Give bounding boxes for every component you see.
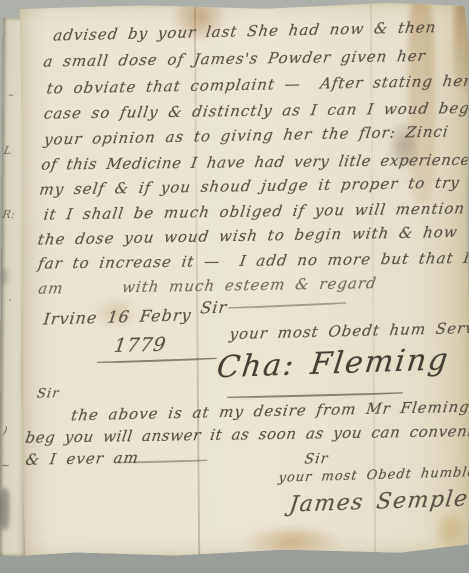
salutation-swash bbox=[228, 302, 346, 309]
margin-ink-fragment: – bbox=[8, 90, 15, 100]
closing-salutation: Sir bbox=[199, 298, 228, 318]
dateline-year: 1779 bbox=[113, 334, 168, 357]
letter-line: my self & if you shoud judge it proper t… bbox=[38, 174, 461, 199]
letter-page: advised by your last She had now & then … bbox=[18, 1, 469, 558]
margin-ink-fragment: ) bbox=[2, 426, 8, 436]
margin-ink-fragment: R: bbox=[2, 210, 15, 220]
ps-salutation: Sir bbox=[36, 386, 60, 401]
photograph-of-letter: – L R: · ) ~ advised by your last She ha… bbox=[0, 0, 469, 573]
margin-ink-fragment: L bbox=[3, 146, 12, 156]
closing-valediction: your most Obedt hum Servt bbox=[228, 319, 469, 343]
letter-line: to obviate that complaint — After statin… bbox=[46, 72, 469, 98]
dateline-place-date: Irvine 16 Febry bbox=[42, 305, 192, 328]
letter-line: it I shall be much obliged if you will m… bbox=[43, 199, 467, 223]
signature-fleming: Cha: Fleming bbox=[215, 342, 452, 385]
letter-line: the dose you woud wish to begin with & h… bbox=[37, 223, 459, 249]
ps-line: & I ever am bbox=[24, 449, 140, 469]
signature-underline-flourish bbox=[227, 392, 403, 398]
margin-ink-fragment: · bbox=[7, 296, 12, 306]
letter-line: far to increase it — I add no more but t… bbox=[37, 249, 469, 273]
margin-ink-fragment: ~ bbox=[0, 461, 11, 471]
ps-closing-salutation: Sir bbox=[303, 451, 329, 468]
ps-line: the above is at my desire from Mr Flemin… bbox=[70, 397, 469, 425]
edge-smudge bbox=[1, 268, 8, 286]
letter-line: am with much esteem & regard bbox=[37, 274, 378, 298]
letter-line: advised by your last She had now & then bbox=[52, 18, 438, 44]
edge-smudge bbox=[0, 488, 10, 530]
ps-line: beg you will answer it as soon as you ca… bbox=[24, 421, 469, 446]
